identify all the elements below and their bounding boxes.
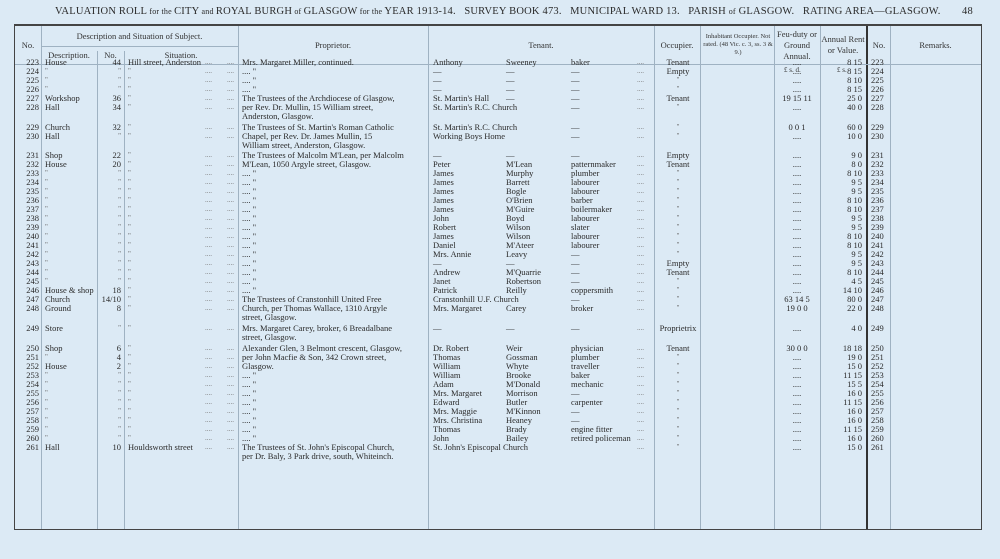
cell-occ: " — [655, 169, 701, 178]
leader-dots: .... — [205, 103, 212, 112]
cell-desc: " — [45, 389, 48, 398]
table-row: street, Glasgow. — [15, 313, 983, 322]
leader-dots: .... — [227, 232, 234, 241]
leader-dots: .... — [227, 286, 234, 295]
leader-dots: .... — [637, 94, 644, 103]
cell-desc: " — [45, 205, 48, 214]
leader-dots: .... — [637, 259, 644, 268]
cell-t3: broker — [571, 304, 593, 313]
cell-sit: " — [128, 407, 131, 416]
table-row: 241""".... "DanielM'Ateerlabourer"....8 … — [15, 241, 983, 250]
cell-no2: 261 — [871, 443, 884, 452]
cell-occ: " — [655, 214, 701, 223]
cell-desc: " — [45, 371, 48, 380]
cell-num: 34 — [97, 103, 121, 112]
leader-dots: .... — [205, 76, 212, 85]
leader-dots: .... — [205, 250, 212, 259]
leader-dots: .... — [205, 398, 212, 407]
cell-num: 2 — [97, 362, 121, 371]
cell-occ: " — [655, 196, 701, 205]
leader-dots: .... — [637, 187, 644, 196]
cell-num: " — [97, 241, 121, 250]
cell-sit: " — [128, 123, 131, 132]
leader-dots: .... — [205, 295, 212, 304]
cell-desc: " — [45, 380, 48, 389]
leader-dots: .... — [227, 151, 234, 160]
leader-dots: .... — [205, 277, 212, 286]
leader-dots: .... — [227, 103, 234, 112]
table-row: 236""".... "JamesO'Brienbarber"....8 102… — [15, 196, 983, 205]
cell-ann: 15 0 — [820, 443, 862, 452]
table-row: 223House44Hill street, AnderstonMrs. Mar… — [15, 58, 983, 67]
cell-sit: " — [128, 196, 131, 205]
table-row: 238""".... "JohnBoydlabourer"....9 5238.… — [15, 214, 983, 223]
leader-dots: .... — [205, 371, 212, 380]
table-row: 240""".... "JamesWilsonlabourer"....8 10… — [15, 232, 983, 241]
cell-num: " — [97, 187, 121, 196]
cell-sit: " — [128, 416, 131, 425]
cell-prop: street, Glasgow. — [242, 313, 296, 322]
leader-dots: .... — [637, 286, 644, 295]
cell-no: 261 — [17, 443, 39, 452]
cell-occ: " — [655, 123, 701, 132]
cell-sit: " — [128, 151, 131, 160]
leader-dots: .... — [205, 67, 212, 76]
cell-sit: " — [128, 344, 131, 353]
cell-sit: " — [128, 259, 131, 268]
cell-num: " — [97, 416, 121, 425]
cell-num: 44 — [97, 58, 121, 67]
cell-sit: " — [128, 103, 131, 112]
cell-desc: Hall — [45, 103, 60, 112]
cell-occ: " — [655, 223, 701, 232]
leader-dots: .... — [637, 362, 644, 371]
leader-dots: .... — [227, 76, 234, 85]
table-row: 258""".... "Mrs. ChristinaHeaney—"....16… — [15, 416, 983, 425]
leader-dots: .... — [637, 353, 644, 362]
table-row: 243""".... "———Empty....9 5243..........… — [15, 259, 983, 268]
leader-dots: .... — [205, 416, 212, 425]
leader-dots: .... — [227, 398, 234, 407]
cell-prop: per Dr. Baly, 3 Park drive, south, White… — [242, 452, 393, 461]
cell-sit: " — [128, 353, 131, 362]
cell-num: " — [97, 223, 121, 232]
leader-dots: .... — [637, 123, 644, 132]
cell-occ: " — [655, 277, 701, 286]
cell-occ: Empty — [655, 67, 701, 76]
cell-occ: " — [655, 443, 701, 452]
cell-sit: " — [128, 380, 131, 389]
cell-sit: " — [128, 389, 131, 398]
table-row: 261Hall10Houldsworth streetThe Trustees … — [15, 443, 983, 452]
cell-num: " — [97, 196, 121, 205]
cell-desc: " — [45, 196, 48, 205]
cell-desc: " — [45, 259, 48, 268]
leader-dots: .... — [205, 94, 212, 103]
cell-feu: .... — [774, 443, 820, 452]
cell-feu: .... — [774, 103, 820, 112]
leader-dots: .... — [205, 344, 212, 353]
leader-dots: .... — [227, 169, 234, 178]
table-row: 242""".... "Mrs. AnnieLeavy—"....9 5242.… — [15, 250, 983, 259]
title-text: VALUATION ROLL for the CITY and ROYAL BU… — [55, 6, 941, 17]
table-row: 233""".... "JamesMurphyplumber"....8 102… — [15, 169, 983, 178]
leader-dots: .... — [227, 425, 234, 434]
table-row: 250Shop6"Alexander Glen, 3 Belmont cresc… — [15, 344, 983, 353]
leader-dots: .... — [227, 123, 234, 132]
cell-prop: Mrs. Margaret Miller, continued. — [242, 58, 354, 67]
cell-num: " — [97, 67, 121, 76]
cell-desc: " — [45, 250, 48, 259]
leader-dots: .... — [205, 324, 212, 333]
cell-num: " — [97, 425, 121, 434]
cell-occ: " — [655, 353, 701, 362]
table-row: 257""".... "Mrs. MaggieM'Kinnon—"....16 … — [15, 407, 983, 416]
leader-dots: .... — [205, 223, 212, 232]
cell-occ: " — [655, 425, 701, 434]
leader-dots: .... — [205, 304, 212, 313]
leader-dots: .... — [637, 295, 644, 304]
cell-num: " — [97, 132, 121, 141]
leader-dots: .... — [637, 232, 644, 241]
leader-dots: .... — [227, 259, 234, 268]
cell-prop: M'Lean, 1050 Argyle street, Glasgow. — [242, 160, 371, 169]
leader-dots: .... — [227, 407, 234, 416]
cell-occ: Tenant — [655, 344, 701, 353]
header-description-group: Description and Situation of Subject. — [41, 26, 238, 46]
cell-desc: House — [45, 58, 67, 67]
cell-feu: .... — [774, 324, 820, 333]
cell-desc: Store — [45, 324, 63, 333]
leader-dots: .... — [637, 196, 644, 205]
cell-sit: " — [128, 187, 131, 196]
cell-t1: St. John's Episcopal Church — [433, 443, 528, 452]
leader-dots: .... — [227, 389, 234, 398]
cell-sit: " — [128, 178, 131, 187]
cell-num: " — [97, 250, 121, 259]
cell-t1: St. Martin's R.C. Church — [433, 103, 517, 112]
cell-t1: — — [433, 324, 442, 333]
leader-dots: .... — [205, 123, 212, 132]
cell-desc: " — [45, 223, 48, 232]
leader-dots: .... — [227, 214, 234, 223]
cell-sit: " — [128, 85, 131, 94]
leader-dots: .... — [637, 371, 644, 380]
leader-dots: .... — [205, 443, 212, 452]
cell-sit: " — [128, 268, 131, 277]
leader-dots: .... — [227, 85, 234, 94]
leader-dots: .... — [227, 324, 234, 333]
cell-desc: " — [45, 425, 48, 434]
table-row: 247Church14/10"The Trustees of Cranstonh… — [15, 295, 983, 304]
leader-dots: .... — [637, 132, 644, 141]
leader-dots: .... — [227, 362, 234, 371]
leader-dots: .... — [227, 178, 234, 187]
cell-num: " — [97, 324, 121, 333]
leader-dots: .... — [637, 380, 644, 389]
cell-num: " — [97, 214, 121, 223]
cell-no2: 230 — [871, 132, 884, 141]
cell-prop: street, Glasgow. — [242, 333, 296, 342]
cell-sit: " — [128, 371, 131, 380]
cell-sit: " — [128, 94, 131, 103]
cell-occ: Tenant — [655, 94, 701, 103]
leader-dots: .... — [227, 277, 234, 286]
table-row: 224""".... "———Empty....8 15224.........… — [15, 67, 983, 76]
cell-num: " — [97, 205, 121, 214]
table-row: 239""".... "RobertWilsonslater"....9 523… — [15, 223, 983, 232]
leader-dots: .... — [205, 259, 212, 268]
leader-dots: .... — [227, 416, 234, 425]
cell-num: " — [97, 178, 121, 187]
table-row: 232House20" M'Lean, 1050 Argyle street, … — [15, 160, 983, 169]
cell-sit: " — [128, 324, 131, 333]
cell-t1: Working Boys Home — [433, 132, 505, 141]
leader-dots: .... — [205, 268, 212, 277]
leader-dots: .... — [205, 160, 212, 169]
leader-dots: .... — [205, 187, 212, 196]
table-row: 251"4" per John Macfie & Son, 342 Crown … — [15, 353, 983, 362]
leader-dots: .... — [227, 268, 234, 277]
leader-dots: .... — [637, 389, 644, 398]
leader-dots: .... — [637, 416, 644, 425]
leader-dots: .... — [637, 250, 644, 259]
leader-dots: .... — [205, 178, 212, 187]
cell-num: " — [97, 259, 121, 268]
leader-dots: .... — [637, 151, 644, 160]
cell-occ: " — [655, 286, 701, 295]
leader-dots: .... — [205, 196, 212, 205]
leader-dots: .... — [205, 58, 212, 67]
cell-num: " — [97, 268, 121, 277]
table-row: 249Store""Mrs. Margaret Carey, broker, 6… — [15, 324, 983, 333]
cell-desc: " — [45, 268, 48, 277]
cell-sit: " — [128, 205, 131, 214]
cell-num: " — [97, 169, 121, 178]
cell-occ: " — [655, 132, 701, 141]
cell-no2: 249 — [871, 324, 884, 333]
leader-dots: .... — [205, 353, 212, 362]
cell-num: " — [97, 398, 121, 407]
cell-occ: " — [655, 205, 701, 214]
leader-dots: .... — [227, 295, 234, 304]
table-row: 231Shop22"The Trustees of Malcolm M'Lean… — [15, 151, 983, 160]
leader-dots: .... — [227, 132, 234, 141]
cell-sit: " — [128, 232, 131, 241]
table-row: per Dr. Baly, 3 Park drive, south, White… — [15, 452, 983, 461]
cell-sit: " — [128, 67, 131, 76]
cell-num: " — [97, 371, 121, 380]
leader-dots: .... — [637, 169, 644, 178]
cell-desc: " — [45, 232, 48, 241]
leader-dots: .... — [227, 205, 234, 214]
cell-desc: Hall — [45, 443, 60, 452]
cell-occ: " — [655, 304, 701, 313]
leader-dots: .... — [205, 407, 212, 416]
leader-dots: .... — [637, 58, 644, 67]
leader-dots: .... — [227, 371, 234, 380]
cell-occ: " — [655, 389, 701, 398]
cell-occ: " — [655, 380, 701, 389]
cell-desc: House — [45, 362, 67, 371]
cell-ann: 22 0 — [820, 304, 862, 313]
leader-dots: .... — [637, 178, 644, 187]
cell-sit: " — [128, 160, 131, 169]
cell-desc: Ground — [45, 304, 71, 313]
leader-dots: .... — [205, 389, 212, 398]
leader-dots: .... — [637, 434, 644, 443]
cell-occ: Tenant — [655, 160, 701, 169]
cell-desc: Shop — [45, 344, 62, 353]
leader-dots: .... — [637, 398, 644, 407]
cell-ann: 4 0 — [820, 324, 862, 333]
cell-t3: — — [571, 324, 580, 333]
cell-sit: " — [128, 214, 131, 223]
leader-dots: .... — [637, 67, 644, 76]
leader-dots: .... — [205, 85, 212, 94]
cell-desc: " — [45, 76, 48, 85]
cell-feu: .... — [774, 132, 820, 141]
leader-dots: .... — [227, 94, 234, 103]
table-row: 228Hall34" per Rev. Dr. Mullin, 15 Willi… — [15, 103, 983, 112]
cell-occ: " — [655, 295, 701, 304]
cell-num: " — [97, 389, 121, 398]
cell-num: 10 — [97, 443, 121, 452]
leader-dots: .... — [205, 205, 212, 214]
leader-dots: .... — [637, 160, 644, 169]
leader-dots: .... — [205, 232, 212, 241]
cell-desc: " — [45, 178, 48, 187]
cell-occ: " — [655, 371, 701, 380]
leader-dots: .... — [637, 324, 644, 333]
cell-ann: 10 0 — [820, 132, 862, 141]
leader-dots: .... — [637, 214, 644, 223]
table-row: 256""".... "EdwardButlercarpenter"....11… — [15, 398, 983, 407]
cell-desc: " — [45, 407, 48, 416]
cell-occ: " — [655, 232, 701, 241]
leader-dots: .... — [637, 443, 644, 452]
cell-desc: " — [45, 416, 48, 425]
cell-occ: " — [655, 398, 701, 407]
cell-num: " — [97, 232, 121, 241]
table-row: 230Hall"" Chapel, per Rev. Dr. James Mul… — [15, 132, 983, 141]
cell-occ: Proprietrix — [655, 324, 701, 333]
leader-dots: .... — [205, 434, 212, 443]
table-row: Anderston, Glasgow. — [15, 112, 983, 121]
cell-occ: " — [655, 103, 701, 112]
cell-t1: Mrs. Margaret — [433, 304, 482, 313]
leader-dots: .... — [637, 344, 644, 353]
leader-dots: .... — [227, 187, 234, 196]
cell-no: 249 — [17, 324, 39, 333]
cell-prop: Anderston, Glasgow. — [242, 112, 313, 121]
page-number: 48 — [962, 6, 973, 17]
table-row: 234""".... "JamesBarrettlabourer"....9 5… — [15, 178, 983, 187]
cell-sit: " — [128, 169, 131, 178]
cell-sit: " — [128, 362, 131, 371]
cell-occ: " — [655, 178, 701, 187]
leader-dots: .... — [637, 407, 644, 416]
cell-occ: " — [655, 241, 701, 250]
cell-desc: Hall — [45, 132, 60, 141]
table-row: 225""".... "———"....8 10225............ — [15, 76, 983, 85]
leader-dots: .... — [205, 425, 212, 434]
leader-dots: .... — [227, 434, 234, 443]
cell-desc: " — [45, 67, 48, 76]
cell-feu: 19 0 0 — [774, 304, 820, 313]
cell-num: " — [97, 380, 121, 389]
leader-dots: .... — [227, 241, 234, 250]
cell-desc: " — [45, 398, 48, 407]
cell-t2: Carey — [506, 304, 526, 313]
leader-dots: .... — [227, 196, 234, 205]
leader-dots: .... — [227, 160, 234, 169]
leader-dots: .... — [227, 58, 234, 67]
cell-no2: 248 — [871, 304, 884, 313]
leader-dots: .... — [227, 250, 234, 259]
leader-dots: .... — [227, 304, 234, 313]
table-row: 245""".... "JanetRobertson—"....4 5245..… — [15, 277, 983, 286]
cell-prop: William street, Anderston, Glasgow. — [242, 141, 365, 150]
cell-occ: " — [655, 362, 701, 371]
leader-dots: .... — [637, 277, 644, 286]
cell-num: 20 — [97, 160, 121, 169]
cell-occ: " — [655, 187, 701, 196]
cell-occ: " — [655, 434, 701, 443]
cell-sit: " — [128, 398, 131, 407]
leader-dots: .... — [227, 380, 234, 389]
cell-no: 228 — [17, 103, 39, 112]
table-row: 248Ground8" Church, per Thomas Wallace, … — [15, 304, 983, 313]
leader-dots: .... — [637, 76, 644, 85]
cell-occ: " — [655, 416, 701, 425]
cell-t2: — — [506, 324, 515, 333]
table-row: 237""".... "JamesM'Guireboilermaker"....… — [15, 205, 983, 214]
table-row: 255""".... "Mrs. MargaretMorrison—"....1… — [15, 389, 983, 398]
cell-sit: " — [128, 277, 131, 286]
cell-num: " — [97, 76, 121, 85]
table-row: 253""".... "WilliamBrookebaker"....11 15… — [15, 371, 983, 380]
cell-desc: " — [45, 241, 48, 250]
leader-dots: .... — [637, 223, 644, 232]
cell-sit: " — [128, 286, 131, 295]
leader-dots: .... — [227, 344, 234, 353]
cell-no2: 228 — [871, 103, 884, 112]
leader-dots: .... — [227, 223, 234, 232]
table-row: William street, Anderston, Glasgow. — [15, 141, 983, 150]
cell-no: 248 — [17, 304, 39, 313]
cell-t3: — — [571, 103, 580, 112]
leader-dots: .... — [637, 241, 644, 250]
cell-sit: " — [128, 241, 131, 250]
leader-dots: .... — [205, 169, 212, 178]
cell-sit: " — [128, 132, 131, 141]
leader-dots: .... — [205, 241, 212, 250]
cell-num: 8 — [97, 304, 121, 313]
cell-occ: " — [655, 407, 701, 416]
cell-sit: Hill street, Anderston — [128, 58, 201, 67]
cell-sit: " — [128, 76, 131, 85]
table-row: 254""".... "AdamM'Donaldmechanic"....15 … — [15, 380, 983, 389]
leader-dots: .... — [227, 353, 234, 362]
leader-dots: .... — [637, 268, 644, 277]
cell-sit: " — [128, 223, 131, 232]
cell-t3: — — [571, 132, 580, 141]
cell-occ: " — [655, 76, 701, 85]
cell-occ: Tenant — [655, 268, 701, 277]
table-row: 226""".... "———"....8 15226............ — [15, 85, 983, 94]
table-row: street, Glasgow. — [15, 333, 983, 342]
